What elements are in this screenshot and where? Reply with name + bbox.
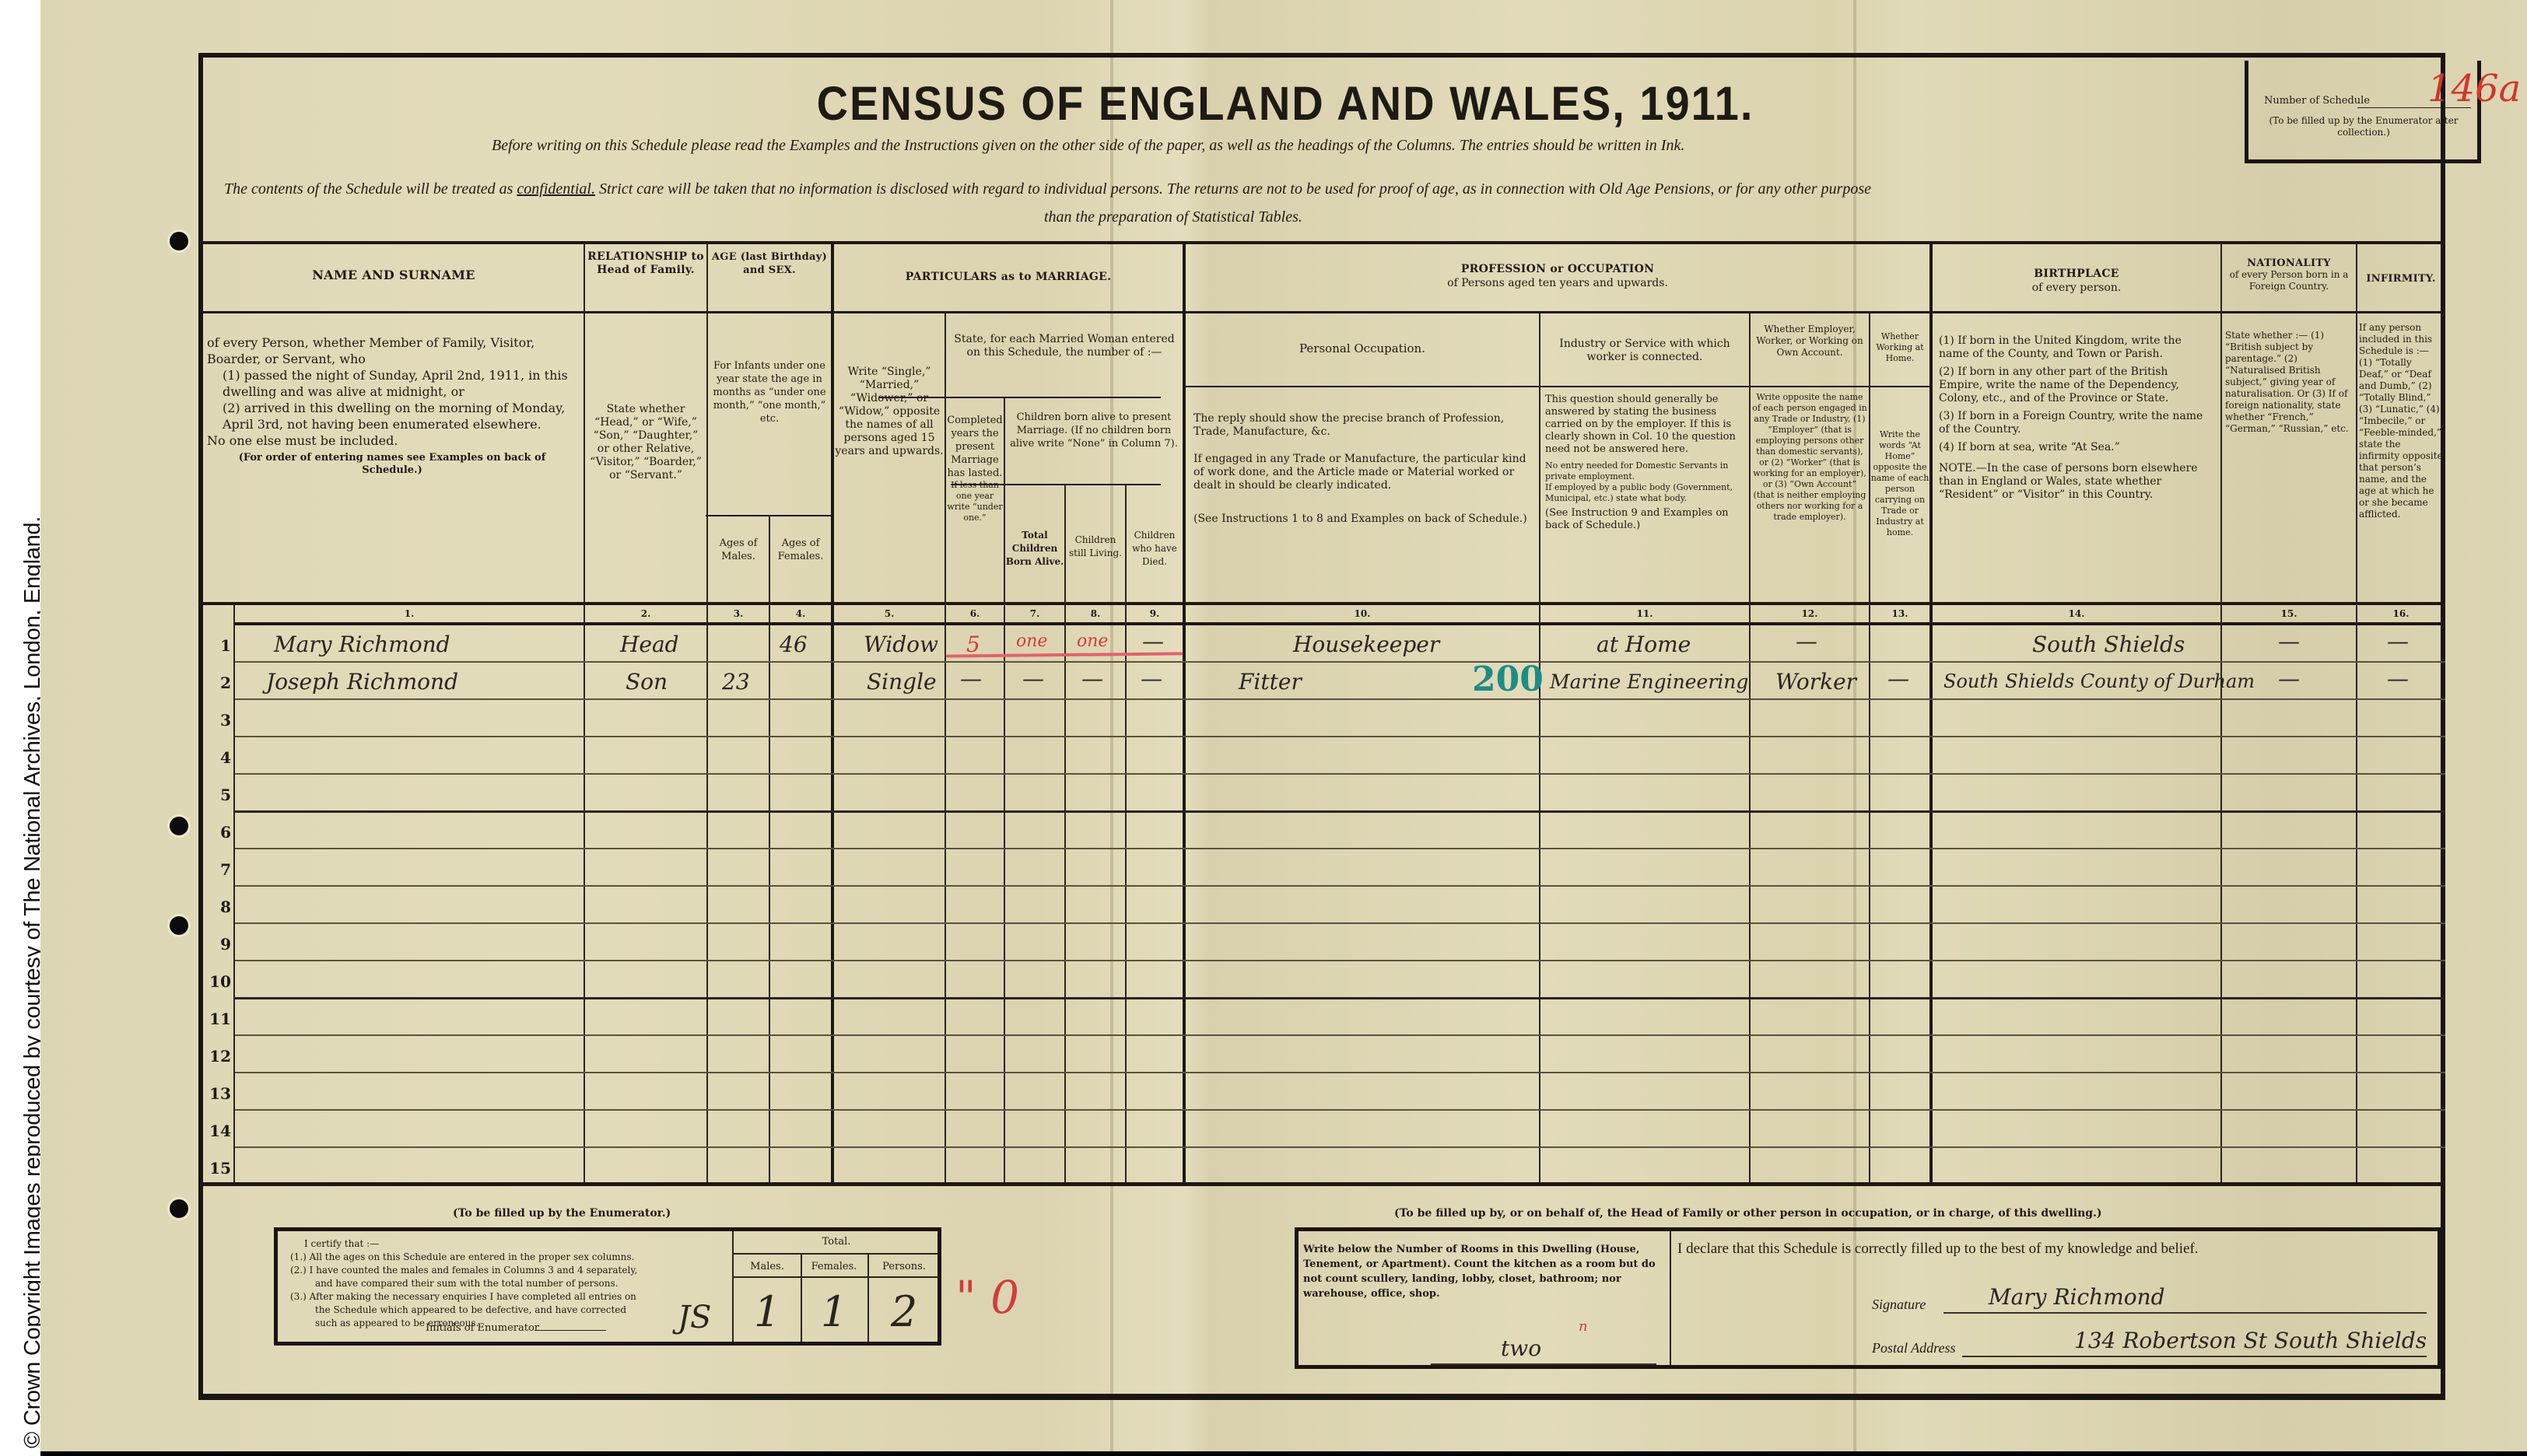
col-birthplace-desc-text: (3) If born in a Foreign Country, write … <box>1939 410 2214 436</box>
rooms-count: two <box>1501 1335 1541 1361</box>
col-relationship-desc: State whether “Head,” or “Wife,” “Son,” … <box>587 403 705 482</box>
schedule-number-box: Number of Schedule 146a (To be filled up… <box>2245 61 2481 163</box>
birthplace: South Shields County of Durham <box>1943 670 2255 692</box>
rule <box>1184 386 1931 387</box>
enumerator-initials-line <box>534 1330 606 1331</box>
red-enumerator-mark: " 0 <box>955 1271 1019 1324</box>
schedule-frame <box>198 53 2445 1400</box>
totals-table: Total. Males. Females. Persons. 1 1 2 <box>732 1231 939 1342</box>
rooms-box: Write below the Number of Rooms in this … <box>1295 1227 1671 1369</box>
males-header: Males. <box>734 1261 801 1272</box>
postal-address-label: Postal Address <box>1872 1340 1956 1356</box>
years-married: — <box>960 666 982 691</box>
signature-label: Signature <box>1872 1297 1926 1313</box>
row-number: 10 <box>200 972 231 991</box>
marital-status: Single <box>867 669 937 695</box>
rooms-line <box>1431 1363 1656 1365</box>
col-infirmity-desc: If any person included in this Schedule … <box>2359 322 2443 520</box>
row-number: 6 <box>200 823 231 842</box>
certify-item: the Schedule which appeared to be defect… <box>290 1304 726 1317</box>
col-children-died-header: Children who have Died. <box>1127 529 1183 569</box>
instruction-text: The contents of the Schedule will be tre… <box>224 180 517 198</box>
col-nationality-subtitle: of every Person born in a Foreign Countr… <box>2222 269 2356 292</box>
col-birthplace-desc-text: (4) If born at sea, write “At Sea.” <box>1939 441 2214 454</box>
rule <box>1064 484 1066 1182</box>
col-at-home-header: Whether Working at Home. <box>1870 331 1929 364</box>
rule <box>1004 398 1005 1182</box>
col-children-born-header: Total Children Born Alive. <box>1005 529 1064 569</box>
col-birthplace-subtitle: of every person. <box>1933 282 2220 295</box>
column-number: 7. <box>1005 608 1064 619</box>
marital-status: Widow <box>864 632 938 657</box>
column-number: 12. <box>1751 608 1869 619</box>
certify-item: and have compared their sum with the tot… <box>290 1277 726 1290</box>
col-birthplace-header: BIRTHPLACE <box>1933 268 2220 281</box>
instruction-line-1: Before writing on this Schedule please r… <box>492 137 1684 155</box>
column-number: 13. <box>1870 608 1929 619</box>
certify-item: (1.) All the ages on this Schedule are e… <box>290 1251 726 1264</box>
col-marriage-header: PARTICULARS as to MARRIAGE. <box>834 271 1183 284</box>
enumerator-initials: JS <box>678 1300 711 1335</box>
col-industry-header: Industry or Service with which worker is… <box>1540 338 1749 364</box>
row-number: 7 <box>200 860 231 879</box>
row-number: 13 <box>200 1084 231 1103</box>
head-of-family-section-title: (To be filled up by, or on behalf of, th… <box>1394 1207 2102 1220</box>
col-industry-desc-text: (See Instruction 9 and Examples on back … <box>1545 507 1744 532</box>
col-birthplace-desc: (1) If born in the United Kingdom, write… <box>1939 334 2214 502</box>
persons-header: Persons. <box>867 1261 941 1272</box>
row-number: 11 <box>200 1010 231 1028</box>
males-total: 1 <box>734 1287 801 1336</box>
females-total: 1 <box>801 1287 867 1336</box>
col-personal-occupation-desc: The reply should show the precise branch… <box>1193 412 1533 526</box>
col-infirmity-header: INFIRMITY. <box>2357 272 2445 285</box>
age-male: 23 <box>722 669 750 695</box>
rooms-instruction: Write below the Number of Rooms in this … <box>1303 1242 1661 1301</box>
col-nationality-desc: State whether :— (1) “British subject by… <box>2225 330 2353 435</box>
col-years-married-desc: Completed years the present Marriage has… <box>946 414 1004 523</box>
rule <box>1539 311 1540 1182</box>
rule <box>198 602 2445 605</box>
relationship: Head <box>620 632 679 657</box>
col-employer-header: Whether Employer, Worker, or Working on … <box>1751 324 1869 359</box>
row-number: 12 <box>200 1047 231 1066</box>
col-nationality-header: NATIONALITY <box>2222 257 2356 270</box>
row-number: 15 <box>200 1159 231 1178</box>
col-name-desc-text: of every Person, whether Member of Famil… <box>207 334 577 367</box>
rule <box>1183 243 1186 1182</box>
enumerator-initials-label: Initials of Enumerator <box>426 1322 539 1334</box>
nationality: — <box>2278 628 2300 654</box>
punch-hole <box>170 916 188 935</box>
col-ages-males-header: Ages of Males. <box>708 537 769 563</box>
row-number: 5 <box>200 786 231 804</box>
punch-hole <box>170 817 188 835</box>
column-number: 6. <box>946 608 1004 619</box>
children-born: one <box>1016 632 1047 651</box>
instruction-line-3: than the preparation of Statistical Tabl… <box>1044 208 1302 226</box>
row-number: 8 <box>200 898 231 916</box>
personal-occupation: Housekeeper <box>1293 632 1439 657</box>
rule <box>1929 243 1933 1182</box>
certify-item: (2.) I have counted the males and female… <box>290 1264 726 1277</box>
column-number: 15. <box>2222 608 2356 619</box>
col-at-home-desc: Write the words “At Home” opposite the n… <box>1870 429 1929 538</box>
col-relationship-header: RELATIONSHIP to Head of Family. <box>585 250 706 277</box>
column-number: 2. <box>585 608 706 619</box>
employer-status: Worker <box>1775 669 1856 695</box>
rule <box>198 1182 2445 1186</box>
col-industry-desc-text: No entry needed for Domestic Servants in… <box>1545 460 1744 482</box>
col-birthplace-desc-text: (2) If born in any other part of the Bri… <box>1939 366 2214 405</box>
rule <box>2356 243 2357 1182</box>
col-industry-desc-text: This question should generally be answer… <box>1545 394 1744 456</box>
schedule-number-label: Number of Schedule <box>2264 95 2370 107</box>
col-industry-desc-text: If employed by a public body (Government… <box>1545 482 1744 504</box>
industry: Marine Engineering <box>1550 670 1748 693</box>
schedule-number-note: (To be filled up by the Enumerator after… <box>2258 115 2469 138</box>
rule <box>198 241 2445 244</box>
col-occupation-subtitle: of Persons aged ten years and upwards. <box>1186 277 1929 290</box>
col-industry-desc: This question should generally be answer… <box>1545 394 1744 532</box>
infirmity: — <box>2387 666 2409 691</box>
occupation-code: 200 <box>1472 660 1544 699</box>
col-name-desc-text: (1) passed the night of Sunday, April 2n… <box>207 367 577 400</box>
column-number: 11. <box>1540 608 1749 619</box>
col-birthplace-desc-text: (1) If born in the United Kingdom, write… <box>1939 334 2214 361</box>
column-number: 1. <box>235 608 584 619</box>
census-schedule-page: CENSUS OF ENGLAND AND WALES, 1911. Befor… <box>40 0 2527 1451</box>
years-married: 5 <box>966 632 980 657</box>
relationship: Son <box>626 669 668 695</box>
column-number: 10. <box>1186 608 1539 619</box>
totals-header: Total. <box>734 1236 939 1248</box>
children-died: — <box>1141 666 1162 691</box>
declaration-box: I declare that this Schedule is correctl… <box>1670 1227 2441 1369</box>
nationality: — <box>2278 666 2300 691</box>
females-header: Females. <box>801 1261 867 1272</box>
col-children-living-header: Children still Living. <box>1066 534 1125 560</box>
employer-status: — <box>1796 628 1817 654</box>
rule <box>235 622 2445 625</box>
postal-address-value: 134 Robertson St South Shields <box>2074 1328 2427 1353</box>
row-number: 3 <box>200 711 231 730</box>
instruction-line-2: The contents of the Schedule will be tre… <box>224 180 1871 198</box>
at-home: — <box>1887 666 1909 691</box>
col-personal-occupation-header: Personal Occupation. <box>1186 342 1539 355</box>
industry: at Home <box>1596 632 1691 657</box>
col-occupation-header: PROFESSION or OCCUPATION <box>1186 263 1929 276</box>
punch-hole <box>170 1199 188 1218</box>
row-number: 2 <box>200 674 231 692</box>
age-female: 46 <box>780 632 808 657</box>
col-years-married-text: Completed years the present Marriage has… <box>946 414 1004 480</box>
col-employer-desc: Write opposite the name of each person e… <box>1752 392 1867 523</box>
person-name: Mary Richmond <box>274 632 450 657</box>
rule <box>706 243 708 1182</box>
rule <box>1125 484 1127 1182</box>
rooms-red-mark: n <box>1579 1318 1588 1335</box>
signature-value: Mary Richmond <box>1989 1284 2165 1310</box>
children-living: one <box>1077 632 1108 651</box>
page-title: CENSUS OF ENGLAND AND WALES, 1911. <box>741 75 1830 131</box>
col-children-desc: Children born alive to present Marriage.… <box>1005 411 1183 450</box>
certify-text: I certify that :— <box>290 1237 726 1251</box>
children-born: — <box>1022 666 1044 691</box>
col-age-header: AGE (last Birthday) and SEX. <box>708 250 831 277</box>
children-living: — <box>1081 666 1103 691</box>
col-occupation-desc-text: If engaged in any Trade or Manufacture, … <box>1193 453 1533 492</box>
col-years-married-note: If less than one year write “under one.” <box>946 480 1004 523</box>
personal-occupation: Fitter <box>1239 669 1302 695</box>
confidential-emphasis: confidential. <box>517 180 595 198</box>
column-number: 5. <box>834 608 945 619</box>
copyright-strip: © Crown Copyright Images reproduced by c… <box>0 0 40 1456</box>
col-name-desc-text: (2) arrived in this dwelling on the morn… <box>207 400 577 432</box>
rule <box>2220 243 2222 1182</box>
certify-item: (3.) After making the necessary enquirie… <box>290 1290 726 1304</box>
col-name-desc: of every Person, whether Member of Famil… <box>207 334 577 477</box>
col-ages-females-header: Ages of Females. <box>770 537 831 563</box>
col-birthplace-desc-text: NOTE.—In the case of persons born elsewh… <box>1939 462 2214 502</box>
col-name-header: NAME AND SURNAME <box>204 268 584 282</box>
col-married-woman-desc: State, for each Married Woman entered on… <box>946 333 1183 359</box>
col-name-desc-text: (For order of entering names see Example… <box>207 452 577 477</box>
column-number: 4. <box>770 608 831 619</box>
column-number: 16. <box>2357 608 2445 619</box>
column-number: 14. <box>1933 608 2220 619</box>
col-name-desc-text: No one else must be included. <box>207 432 577 449</box>
postal-address-line <box>1962 1356 2427 1357</box>
col-occupation-desc-text: The reply should show the precise branch… <box>1193 412 1533 439</box>
col-occupation-desc-text: (See Instructions 1 to 8 and Examples on… <box>1193 513 1533 526</box>
signature-line <box>1943 1312 2427 1314</box>
enumerator-certificate-box: I certify that :— (1.) All the ages on t… <box>274 1227 941 1346</box>
person-name: Joseph Richmond <box>266 669 458 695</box>
birthplace: South Shields <box>2032 632 2185 657</box>
column-number: 8. <box>1066 608 1125 619</box>
column-number: 9. <box>1127 608 1183 619</box>
infirmity: — <box>2387 628 2409 654</box>
row-number: 14 <box>200 1122 231 1140</box>
enumerator-certification: I certify that :— (1.) All the ages on t… <box>290 1237 726 1330</box>
rule <box>584 243 585 1182</box>
row-number: 4 <box>200 748 231 767</box>
col-marital-desc: Write “Single,” “Married,” “Widower,” or… <box>834 366 945 458</box>
column-number: 3. <box>708 608 769 619</box>
enumerator-section-title: (To be filled up by the Enumerator.) <box>453 1207 671 1220</box>
persons-total: 2 <box>867 1287 941 1336</box>
declaration-text: I declare that this Schedule is correctl… <box>1677 1241 2199 1258</box>
row-number: 9 <box>200 935 231 954</box>
schedule-number-value: 146a <box>2427 67 2521 110</box>
rule <box>198 311 2445 313</box>
children-died: — <box>1142 628 1164 654</box>
rule <box>233 605 235 1182</box>
row-number: 1 <box>200 636 231 655</box>
rule <box>1749 311 1751 1182</box>
punch-hole <box>170 232 188 250</box>
instruction-text: Strict care will be taken that no inform… <box>595 180 1871 198</box>
col-age-desc: For Infants under one year state the age… <box>710 359 829 425</box>
